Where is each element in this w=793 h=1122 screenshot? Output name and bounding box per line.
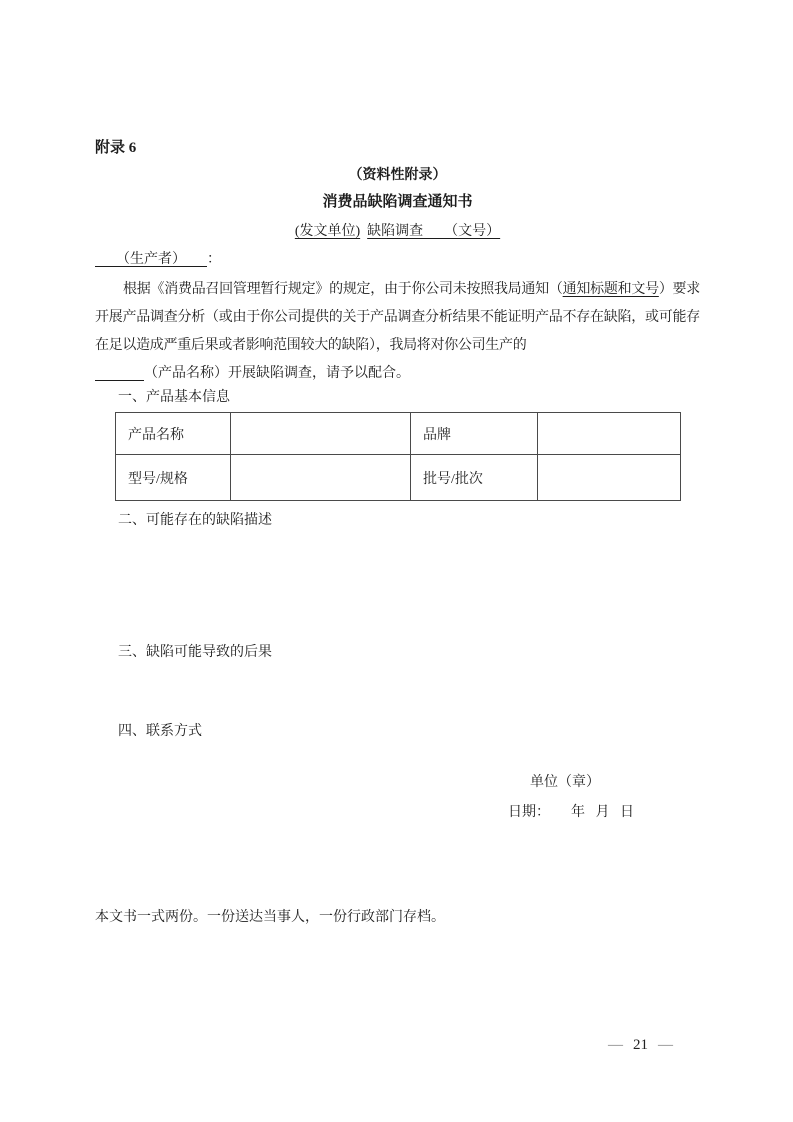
doc-number-rest: 缺陷调查 （文号） [367, 224, 500, 239]
appendix-label: 附录 6 [95, 138, 700, 158]
document-page: 附录 6 （资料性附录） 消费品缺陷调查通知书 (发文单位) 缺陷调查 （文号）… [0, 0, 793, 1122]
product-name-line: （产品名称）开展缺陷调查，请予以配合。 [95, 360, 700, 388]
signature-date-line: 日期： 年 月 日 [95, 803, 700, 823]
cell-brand-label: 品牌 [411, 413, 538, 455]
cell-model-spec-value [231, 455, 411, 501]
cell-batch-label: 批号/批次 [411, 455, 538, 501]
issuing-unit-blank: (发文单位) [295, 224, 360, 239]
document-title: 消费品缺陷调查通知书 [95, 192, 700, 212]
table-row: 产品名称 品牌 [116, 413, 681, 455]
salutation-line: （生产者） ： [95, 250, 700, 270]
page-number-value: 21 [623, 1037, 658, 1053]
cell-brand-value [538, 413, 681, 455]
page-number-right-dash: — [658, 1037, 673, 1053]
table-row: 型号/规格 批号/批次 [116, 455, 681, 501]
page-number: —21— [95, 1035, 700, 1055]
signature-unit-seal: 单位（章） [95, 773, 700, 793]
section-heading-defect-description: 二、可能存在的缺陷描述 [95, 511, 700, 531]
section-heading-product-info: 一、产品基本信息 [95, 388, 700, 408]
cell-model-spec-label: 型号/规格 [116, 455, 231, 501]
page-number-left-dash: — [608, 1037, 623, 1053]
notice-title-ref: 通知标题和文号 [563, 282, 659, 297]
section-heading-defect-consequence: 三、缺陷可能导致的后果 [95, 643, 700, 663]
cell-product-name-value [231, 413, 411, 455]
product-line-text: （产品名称）开展缺陷调查，请予以配合。 [144, 366, 410, 381]
cell-batch-value [538, 455, 681, 501]
cell-product-name-label: 产品名称 [116, 413, 231, 455]
product-name-blank [95, 366, 144, 381]
intro-text-1: 根据《消费品召回管理暂行规定》的规定，由于你公司未按照我局通知（ [123, 282, 563, 297]
product-info-table: 产品名称 品牌 型号/规格 批号/批次 [115, 412, 681, 501]
producer-blank: （生产者） [95, 252, 207, 267]
appendix-type-heading: （资料性附录） [95, 166, 700, 186]
section-heading-contact-info: 四、联系方式 [95, 722, 700, 742]
document-number-line: (发文单位) 缺陷调查 （文号） [95, 222, 700, 242]
intro-paragraph: 根据《消费品召回管理暂行规定》的规定，由于你公司未按照我局通知（通知标题和文号）… [95, 276, 700, 360]
copies-note: 本文书一式两份。一份送达当事人，一份行政部门存档。 [95, 908, 700, 928]
salutation-colon: ： [207, 252, 221, 267]
